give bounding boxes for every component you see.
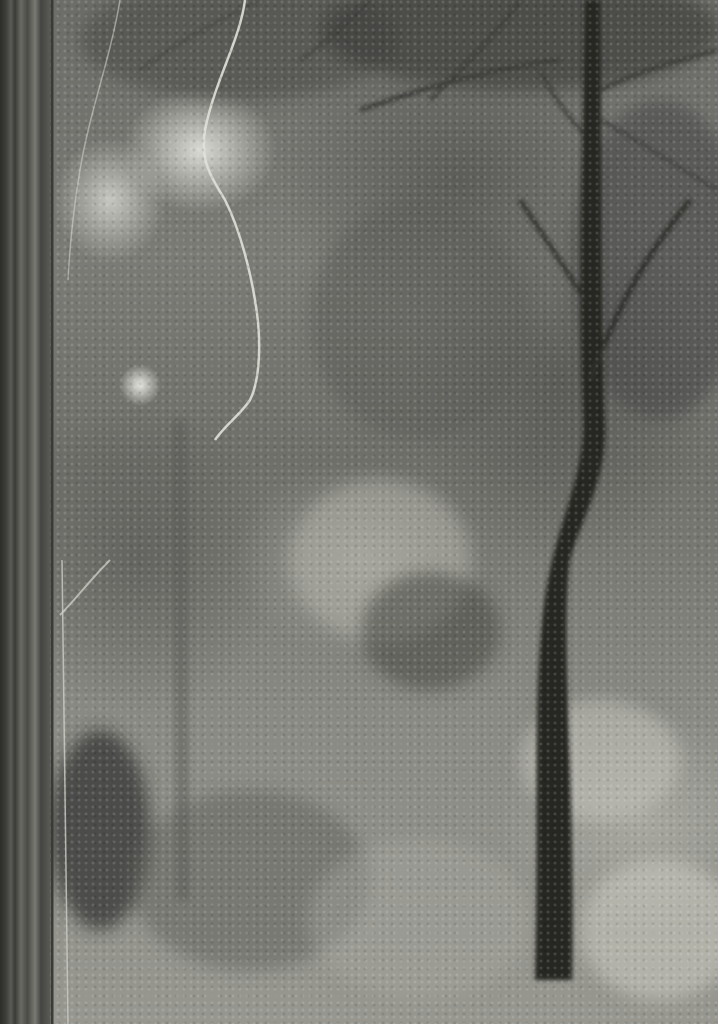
photograph	[0, 0, 718, 1024]
window-frame-edge	[0, 0, 80, 1024]
condensation-texture	[0, 0, 718, 1024]
